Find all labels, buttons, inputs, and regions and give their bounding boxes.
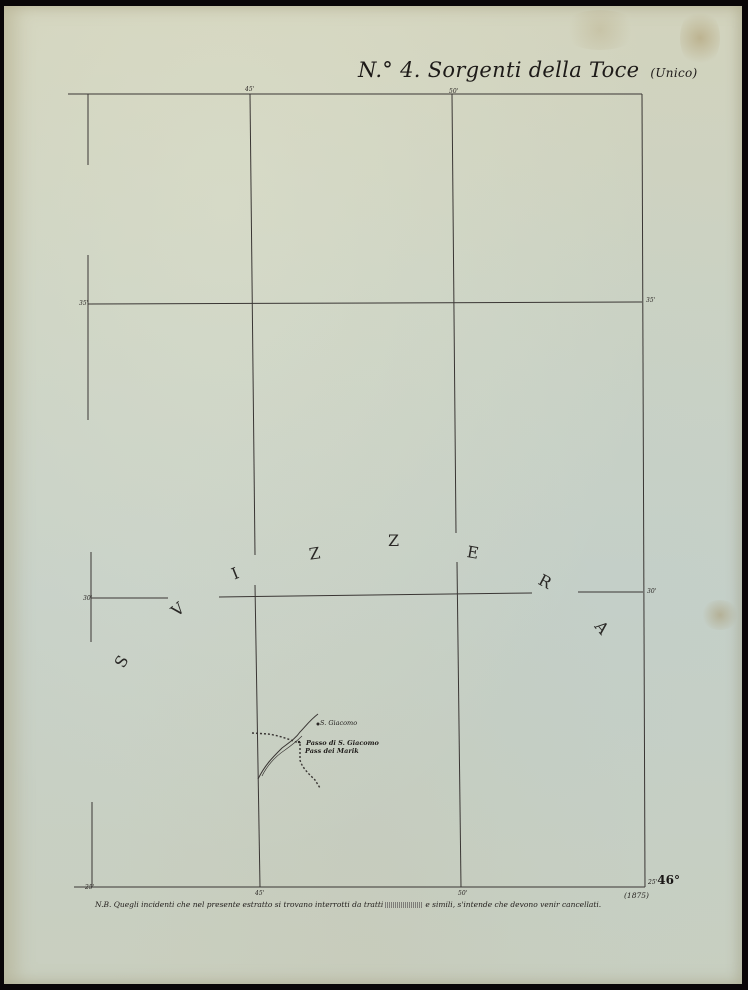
tick-bottom-45: 45' [255,890,264,897]
tick-left-25: 25' [85,884,94,891]
country-label-letter: Z [388,531,399,550]
tick-left-30: 30' [83,595,92,602]
tick-right-30: 30' [647,588,656,595]
hatched-line-sample [385,902,423,908]
place-label-s-giacomo: S. Giacomo [320,720,357,727]
map-title: N.° 4. Sorgenti della Toce (Unico) [358,58,697,82]
grid-line-right [642,94,645,887]
tick-right-35: 35' [646,297,655,304]
tick-bottom-50: 50' [458,890,467,897]
corner-latitude: 25'46° [648,873,680,887]
tick-left-35: 35' [79,300,88,307]
title-suffix: (Unico) [650,66,697,80]
tick-top-50: 50' [449,88,458,95]
corner-degrees: 46° [657,873,680,887]
note-text-1: N.B. Quegli incidenti che nel presente e… [95,900,383,909]
title-main: N.° 4. Sorgenti della Toce [358,58,639,82]
note-text-2: e simili, s'intende che devono venir can… [425,900,601,909]
tick-top-45: 45' [245,86,254,93]
map-year: (1875) [624,891,649,900]
place-label-pass-marik: Pass dei Marik [305,748,359,755]
place-label-passo-s-giacomo: Passo di S. Giacomo [306,740,379,747]
footer-note: N.B. Quegli incidenti che nel presente e… [95,900,601,909]
map-grid [0,0,748,990]
corner-minutes: 25' [648,879,657,886]
